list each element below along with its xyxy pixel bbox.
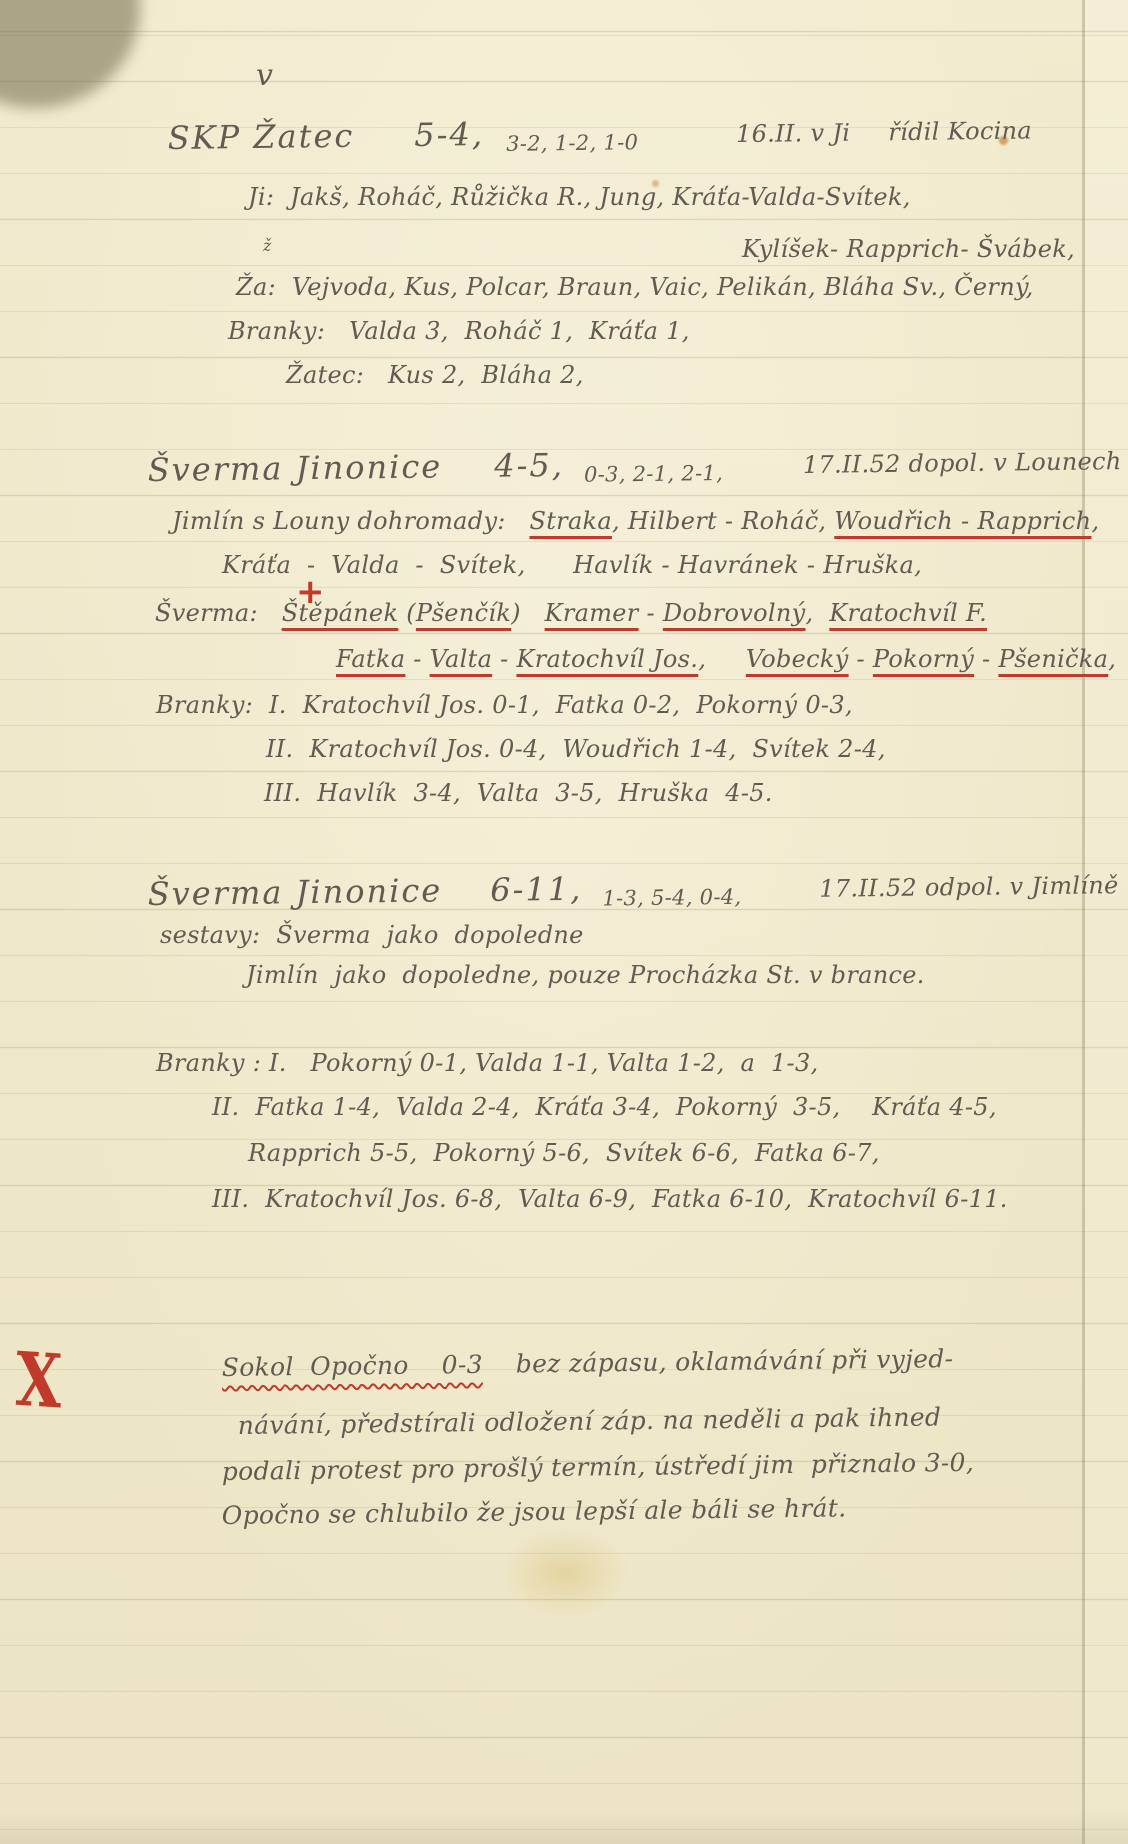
match3-lineups-2: Jimlín jako dopoledne, pouze Procházka S… — [246, 960, 925, 990]
match2-goals-period3-text: III. Havlík 3-4, Valta 3-5, Hruška 4-5. — [264, 778, 773, 808]
match1-lineup-zatec-text: Ža: Vejvoda, Kus, Polcar, Braun, Vaic, P… — [236, 272, 1034, 302]
match3-goals-period3-text: III. Kratochvíl Jos. 6-8, Valta 6-9, Fat… — [212, 1184, 1008, 1214]
match2-sverma-goalie-alt: Pšenčík — [416, 598, 511, 628]
match1-goals-zatec: Žatec: Kus 2, Bláha 2, — [286, 360, 584, 390]
match1-goals-jinonice-text: Branky: Valda 3, Roháč 1, Kráťa 1, — [228, 316, 690, 346]
note-line-2: návání, předstírali odložení záp. na ned… — [238, 1401, 942, 1441]
za-caron-mark: ž — [263, 236, 271, 255]
match3-lineups-1-text: sestavy: Šverma jako dopoledne — [160, 920, 584, 950]
match2-sverma-dash1: - — [639, 598, 663, 628]
match2-jimlin-underlined: Woudřich - Rapprich — [834, 506, 1091, 536]
note-line-1-rest: bez zápasu, oklamávání při vyjed- — [483, 1343, 954, 1380]
match2-date-venue: 17.II.52 dopol. v Lounech — [803, 446, 1122, 480]
match2-goals-period2: II. Kratochvíl Jos. 0-4, Woudřich 1-4, S… — [266, 734, 886, 764]
match3-date-venue: 17.II.52 odpol. v Jimlíně — [819, 870, 1119, 904]
match3-period-scores: 1-3, 5-4, 0-4, — [602, 884, 741, 912]
match2-sverma-intro: Šverma: — [155, 598, 282, 628]
match2-jimlin-forwards: Kráťa - Valda - Svítek, Havlík - Havráne… — [222, 550, 922, 580]
match2-lineup-sverma: Šverma: Štěpánek ( Pšenčík ) Kramer - Do… — [155, 598, 987, 628]
match2-lineup-jimlin-2: Kráťa - Valda - Svítek, Havlík - Havráne… — [222, 550, 922, 580]
match2-lineup-jimlin: Jimlín s Louny dohromady: Straka , Hilbe… — [172, 506, 1099, 536]
match1-period-scores: 3-2, 1-2, 1-0 — [506, 129, 638, 157]
match1-lineup-jinonice-2: Kylíšek- Rapprich- Švábek, — [742, 234, 1075, 264]
match1-goals-jinonice: Branky: Valda 3, Roháč 1, Kráťa 1, — [228, 316, 690, 346]
corner-smudge-stain — [0, 0, 140, 108]
match3-lineups-1: sestavy: Šverma jako dopoledne — [160, 920, 584, 950]
match2-sverma-fw6: Pšenička — [998, 644, 1108, 674]
note-line-4-text: Opočno se chlubilo že jsou lepší ale bál… — [222, 1492, 847, 1531]
match2-goals-period2-text: II. Kratochvíl Jos. 0-4, Woudřich 1-4, S… — [266, 734, 886, 764]
match2-jimlin-defense: , Hilbert - Roháč, — [612, 506, 834, 536]
insert-caron-mark: v — [256, 58, 273, 93]
match3-teams: Šverma Jinonice — [148, 870, 443, 914]
match2-lineup-sverma-2: Fatka - Valta - Kratochvíl Jos. , Vobeck… — [336, 644, 1116, 674]
note-line-4: Opočno se chlubilo že jsou lepší ale bál… — [222, 1492, 847, 1531]
match2-sverma-def2: Dobrovolný — [663, 598, 806, 628]
match1-goals-zatec-text: Žatec: Kus 2, Bláha 2, — [286, 360, 584, 390]
comma: , — [1108, 644, 1116, 674]
match1-teams: SKP Žatec — [168, 116, 355, 158]
match2-jimlin-intro: Jimlín s Louny dohromady: — [172, 506, 529, 536]
match3-lineups-2-text: Jimlín jako dopoledne, pouze Procházka S… — [246, 960, 925, 990]
match2-period-scores: 0-3, 2-1, 2-1, — [584, 460, 723, 488]
note-line-3-text: podali protest pro prošlý termín, ústřed… — [222, 1447, 975, 1487]
page-right-margin — [1085, 0, 1128, 1844]
yellow-stain — [500, 1528, 630, 1618]
bottom-shadow — [0, 1810, 1128, 1844]
red-cross-margin-mark: X — [14, 1337, 63, 1426]
match3-goals-period2: II. Fatka 1-4, Valda 2-4, Kráťa 3-4, Pok… — [212, 1092, 997, 1122]
match1-date-venue: 16.II. v Ji — [736, 118, 851, 149]
match1-referee: řídil Kocina — [888, 115, 1032, 147]
match2-header-line: Šverma Jinonice 4-5, 0-3, 2-1, 2-1, 17.I… — [148, 438, 1122, 490]
match2-sverma-fw3: Kratochvíl Jos. — [516, 644, 698, 674]
match2-sverma-fw5: Pokorný — [873, 644, 974, 674]
match3-goals-period3: III. Kratochvíl Jos. 6-8, Valta 6-9, Fat… — [212, 1184, 1008, 1214]
match2-goals-period1-text: Branky: I. Kratochvíl Jos. 0-1, Fatka 0-… — [156, 690, 853, 720]
match3-goals-period2b: Rapprich 5-5, Pokorný 5-6, Svítek 6-6, F… — [248, 1138, 880, 1168]
match2-sverma-paren-open: ( — [398, 598, 416, 628]
comma: , — [698, 644, 746, 674]
match3-header-line: Šverma Jinonice 6-11, 1-3, 5-4, 0-4, 17.… — [148, 862, 1119, 914]
match1-header-line: SKP Žatec 5-4, 3-2, 1-2, 1-0 16.II. v Ji… — [168, 107, 1033, 158]
match1-lineup-jinonice-2-text: Kylíšek- Rapprich- Švábek, — [742, 234, 1075, 264]
match2-teams: Šverma Jinonice — [148, 446, 443, 490]
match2-sverma-paren-close: ) — [511, 598, 544, 628]
match3-score: 6-11, — [490, 869, 583, 910]
notebook-page: v SKP Žatec 5-4, 3-2, 1-2, 1-0 16.II. v … — [0, 0, 1128, 1844]
dash: - — [849, 644, 873, 674]
match3-goals-period2-text: II. Fatka 1-4, Valda 2-4, Kráťa 3-4, Pok… — [212, 1092, 997, 1122]
match2-sverma-fw1: Fatka — [336, 644, 405, 674]
match3-goals-period1: Branky : I. Pokorný 0-1, Valda 1-1, Valt… — [156, 1048, 818, 1078]
note-team-score-underlined: Sokol Opočno 0-3 — [222, 1349, 483, 1383]
match2-score: 4-5, — [494, 445, 564, 486]
dash: - — [405, 644, 429, 674]
match1-lineup-jinonice-text: Ji: Jakš, Roháč, Růžička R., Jung, Kráťa… — [248, 182, 911, 212]
match2-sverma-goalie: Štěpánek — [282, 598, 399, 628]
match1-lineup-zatec: Ža: Vejvoda, Kus, Polcar, Braun, Vaic, P… — [236, 272, 1034, 302]
match1-lineup-jinonice: Ji: Jakš, Roháč, Růžička R., Jung, Kráťa… — [248, 182, 911, 212]
match2-sverma-fw2: Valta — [430, 644, 493, 674]
match2-jimlin-goalie: Straka — [529, 506, 612, 536]
match2-goals-period1: Branky: I. Kratochvíl Jos. 0-1, Fatka 0-… — [156, 690, 853, 720]
match1-score: 5-4, — [414, 114, 484, 155]
match2-sverma-def3: Kratochvíl F. — [829, 598, 987, 628]
note-line-2-text: návání, předstírali odložení záp. na ned… — [238, 1401, 942, 1441]
match2-sverma-def1: Kramer — [545, 598, 639, 628]
note-line-1: Sokol Opočno 0-3 bez zápasu, oklamávání … — [222, 1343, 954, 1383]
match2-sverma-comma: , — [806, 598, 830, 628]
note-line-3: podali protest pro prošlý termín, ústřed… — [222, 1447, 975, 1487]
match3-goals-period1-text: Branky : I. Pokorný 0-1, Valda 1-1, Valt… — [156, 1048, 818, 1078]
dash: - — [974, 644, 998, 674]
match2-jimlin-comma: , — [1091, 506, 1099, 536]
match2-sverma-fw4: Vobecký — [746, 644, 849, 674]
match3-goals-period2b-text: Rapprich 5-5, Pokorný 5-6, Svítek 6-6, F… — [248, 1138, 880, 1168]
match2-goals-period3: III. Havlík 3-4, Valta 3-5, Hruška 4-5. — [264, 778, 773, 808]
dash: - — [492, 644, 516, 674]
